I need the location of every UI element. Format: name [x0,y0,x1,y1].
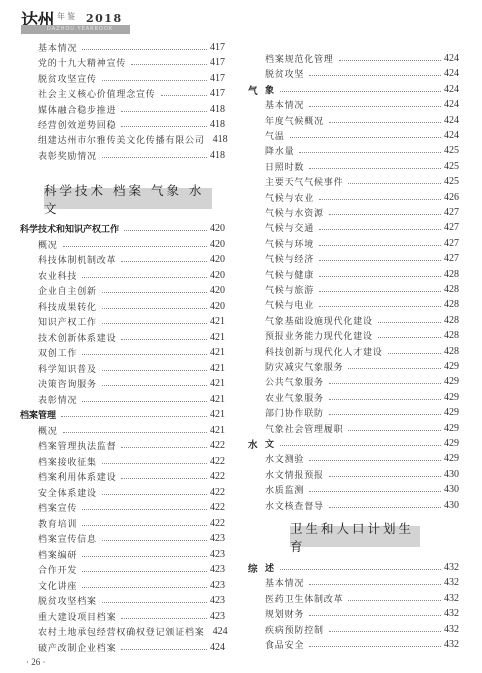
leader-dots [309,106,441,107]
leader-dots [82,49,207,50]
leader-dots [121,618,207,619]
toc-entry[interactable]: 水文情报预报430 [265,467,459,482]
leader-dots [121,126,207,127]
leader-dots [82,571,207,572]
section-title-science: 科学技术 档案 气象 水文 [44,188,212,209]
brand-subtitle-bar: DAZHOU YEARBOOK [21,25,130,34]
leader-dots [309,460,441,461]
toc-entry[interactable]: 食品安全432 [265,637,459,652]
toc-entry[interactable]: 重大建设项目档案423 [38,609,225,624]
toc-entry[interactable]: 气候与电业428 [265,297,459,312]
toc-entry[interactable]: 媒体融合稳步推进418 [38,102,225,117]
toc-heading-overview[interactable]: 述432 [265,560,459,575]
leader-dots [121,339,207,340]
toc-entry[interactable]: 规划财务432 [265,606,459,621]
leader-dots [102,323,207,324]
toc-entry[interactable]: 经营创效逆势回稳418 [38,117,225,132]
toc-entry[interactable]: 科技体制机制改革420 [38,252,225,267]
leader-dots [319,260,441,261]
toc-entry[interactable]: 疾病预防控制432 [265,622,459,637]
toc-entry[interactable]: 组建达州市尔雅传美文化传播有限公司418 [38,132,225,147]
leader-dots [319,199,441,200]
leader-dots [131,64,207,65]
leader-dots [329,507,441,508]
toc-entry[interactable]: 气候与经济427 [265,251,459,266]
toc-entry[interactable]: 表彰奖励情况418 [38,148,225,163]
leader-dots [348,183,441,184]
leader-dots [309,75,441,76]
toc-entry[interactable]: 合作开发423 [38,562,225,577]
toc-entry[interactable]: 气温424 [265,128,459,143]
leader-dots [102,80,207,81]
toc-heading-meteorology[interactable]: 象424 [265,82,459,97]
leader-dots [61,416,207,417]
leader-dots [280,91,441,92]
leader-dots [309,584,441,585]
heading-prefix-overview: 综 [248,561,258,575]
leader-dots [82,509,207,510]
toc-entry[interactable]: 防灾减灾气象服务429 [265,359,459,374]
toc-entry[interactable]: 档案规范化管理424 [265,51,459,66]
leader-dots [82,587,207,588]
toc-entry[interactable]: 日照时数425 [265,159,459,174]
leader-dots [329,214,441,215]
toc-heading-hydrology[interactable]: 文429 [265,436,459,451]
leader-dots [378,337,441,338]
leader-dots [63,246,207,247]
leader-dots [121,649,207,650]
toc-entry[interactable]: 基本情况432 [265,575,459,590]
toc-entry[interactable]: 水质监测430 [265,482,459,497]
toc-entry[interactable]: 概况420 [38,237,225,252]
leader-dots [299,152,441,153]
leader-dots [329,476,441,477]
leader-dots [102,157,207,158]
toc-entry[interactable]: 气候与水资源427 [265,205,459,220]
toc-entry[interactable]: 文化讲座423 [38,578,225,593]
toc-entry[interactable]: 气候与健康428 [265,267,459,282]
leader-dots [319,229,441,230]
toc-entry[interactable]: 气候与环境427 [265,236,459,251]
heading-prefix-meteorology: 气 [248,83,258,97]
leader-dots [309,168,441,169]
leader-dots [102,308,207,309]
leader-dots [329,122,441,123]
toc-entry[interactable]: 档案宣传信息423 [38,531,225,546]
toc-entry[interactable]: 档案接收征集422 [38,454,225,469]
brand-suffix: 年鉴 [57,11,77,22]
toc-entry[interactable]: 脱贫攻坚宣传417 [38,71,225,86]
leader-dots [161,95,207,96]
toc-entry[interactable]: 气候与农业426 [265,190,459,205]
toc-entry[interactable]: 年度气候概况424 [265,113,459,128]
leader-dots [82,556,207,557]
leader-dots [329,383,441,384]
leader-dots [102,370,207,371]
toc-entry[interactable]: 农业气象服务429 [265,390,459,405]
leader-dots [309,491,441,492]
leader-dots [348,368,441,369]
toc-entry[interactable]: 科学知识普及421 [38,361,225,376]
leader-dots [388,353,441,354]
toc-entry[interactable]: 部门协作联防429 [265,405,459,420]
toc-entry[interactable]: 基本情况424 [265,97,459,112]
toc-entry[interactable]: 双创工作421 [38,345,225,360]
leader-dots [378,322,441,323]
leader-dots [329,631,441,632]
leader-dots [319,276,441,277]
toc-entry[interactable]: 基本情况417 [38,40,225,55]
leader-dots [121,478,207,479]
leader-dots [319,245,441,246]
toc-entry[interactable]: 水文核查督导430 [265,498,459,513]
leader-dots [121,447,207,448]
toc-entry[interactable]: 脱贫攻坚档案423 [38,593,225,608]
toc-entry[interactable]: 预报业务能力现代化建设428 [265,328,459,343]
leader-dots [102,540,207,541]
toc-entry[interactable]: 决策咨询服务421 [38,376,225,391]
toc-entry[interactable]: 公共气象服务429 [265,374,459,389]
leader-dots [121,111,207,112]
toc-entry[interactable]: 档案编研423 [38,547,225,562]
toc-entry[interactable]: 概况421 [38,423,225,438]
leader-dots [102,463,207,464]
toc-entry[interactable]: 气候与交通427 [265,220,459,235]
toc-entry[interactable]: 档案利用体系建设422 [38,469,225,484]
brand-year: 2018 [86,12,123,25]
toc-heading-archives[interactable]: 档案管理421 [20,407,225,422]
leader-dots [102,385,207,386]
leader-dots [82,354,207,355]
leader-dots [280,445,441,446]
leader-dots [121,261,207,262]
leader-dots [339,60,441,61]
toc-entry[interactable]: 企业自主创新420 [38,283,225,298]
toc-entry[interactable]: 主要天气气候事件425 [265,174,459,189]
heading-prefix-hydrology: 水 [248,437,258,451]
leader-dots [329,414,441,415]
toc-entry[interactable]: 气象社会管理履职429 [265,421,459,436]
toc-entry[interactable]: 脱贫攻坚424 [265,66,459,81]
leader-dots [348,600,441,601]
leader-dots [348,430,441,431]
leader-dots [280,569,441,570]
toc-heading-science[interactable]: 科学技术和知识产权工作420 [20,221,225,236]
toc-entry[interactable]: 科技成果转化420 [38,299,225,314]
toc-entry[interactable]: 档案宣传422 [38,500,225,515]
toc-entry[interactable]: 安全体系建设422 [38,485,225,500]
leader-dots [329,399,441,400]
leader-dots [319,291,441,292]
leader-dots [309,646,441,647]
toc-entry[interactable]: 教育培训422 [38,516,225,531]
toc-entry[interactable]: 党的十九大精神宣传417 [38,55,225,70]
yearbook-header: 达州 年鉴 2018 DAZHOU YEARBOOK [21,6,141,36]
leader-dots [124,230,207,231]
leader-dots [102,292,207,293]
toc-entry[interactable]: 社会主义核心价值理念宣传417 [38,86,225,101]
leader-dots [102,494,207,495]
toc-entry[interactable]: 表彰情况421 [38,392,225,407]
leader-dots [319,306,441,307]
toc-entry[interactable]: 水文测验429 [265,451,459,466]
toc-entry[interactable]: 降水量425 [265,143,459,158]
section-title-health: 卫生和人口计划生育 [290,526,420,547]
toc-entry[interactable]: 农业科技420 [38,268,225,283]
toc-entry[interactable]: 技术创新体系建设421 [38,330,225,345]
leader-dots [82,401,207,402]
leader-dots [102,602,207,603]
leader-dots [290,137,441,138]
leader-dots [82,525,207,526]
toc-entry[interactable]: 科技创新与现代化人才建设428 [265,344,459,359]
leader-dots [82,277,207,278]
toc-entry[interactable]: 破产改制企业档案424 [38,640,225,655]
toc-entry[interactable]: 档案管理执法监督422 [38,438,225,453]
toc-entry[interactable]: 气候与旅游428 [265,282,459,297]
toc-entry[interactable]: 知识产权工作421 [38,314,225,329]
leader-dots [63,432,207,433]
toc-entry[interactable]: 气象基础设施现代化建设428 [265,313,459,328]
leader-dots [309,615,441,616]
toc-entry[interactable]: 医药卫生体制改革432 [265,591,459,606]
page-number: · 26 · [26,657,46,667]
toc-entry[interactable]: 农村土地承包经营权确权登记颁证档案424 [38,624,225,639]
